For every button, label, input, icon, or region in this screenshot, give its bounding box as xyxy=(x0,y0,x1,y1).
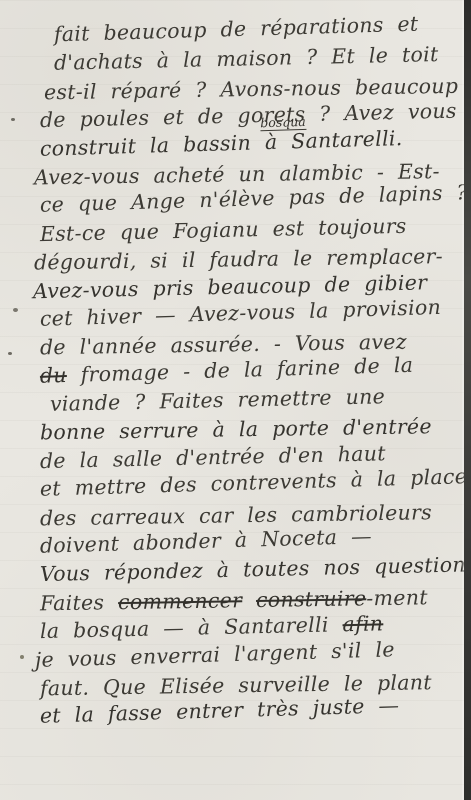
struck-text: construire xyxy=(256,586,367,612)
handwritten-text: fait beaucoup de réparations etd'achats … xyxy=(0,24,471,734)
struck-text: du xyxy=(40,363,68,388)
struck-text: afin xyxy=(342,612,383,637)
inserted-word: bosquaà xyxy=(265,129,278,153)
ink-speck xyxy=(13,308,18,312)
superscript-insertion: bosqua xyxy=(260,115,306,130)
letter-page: fait beaucoup de réparations etd'achats … xyxy=(0,0,471,800)
text-segment: à xyxy=(265,129,278,153)
ink-speck xyxy=(8,352,12,355)
text-segment: Faites xyxy=(40,590,118,615)
struck-text: commencer xyxy=(118,588,243,614)
text-segment: -ment xyxy=(366,585,428,610)
text-segment: fait beaucoup de réparations et xyxy=(54,12,419,47)
text-segment: bonne serrure à la porte d'entrée xyxy=(40,415,432,445)
text-segment: la bosqua — à Santarelli xyxy=(40,612,343,643)
text-segment xyxy=(242,588,256,612)
page-edge-shadow xyxy=(464,0,471,800)
text-segment: Santarelli. xyxy=(277,126,403,154)
ink-speck xyxy=(11,118,15,121)
ink-speck xyxy=(20,655,24,659)
text-segment: dégourdi, si il faudra le remplacer- xyxy=(34,244,443,274)
